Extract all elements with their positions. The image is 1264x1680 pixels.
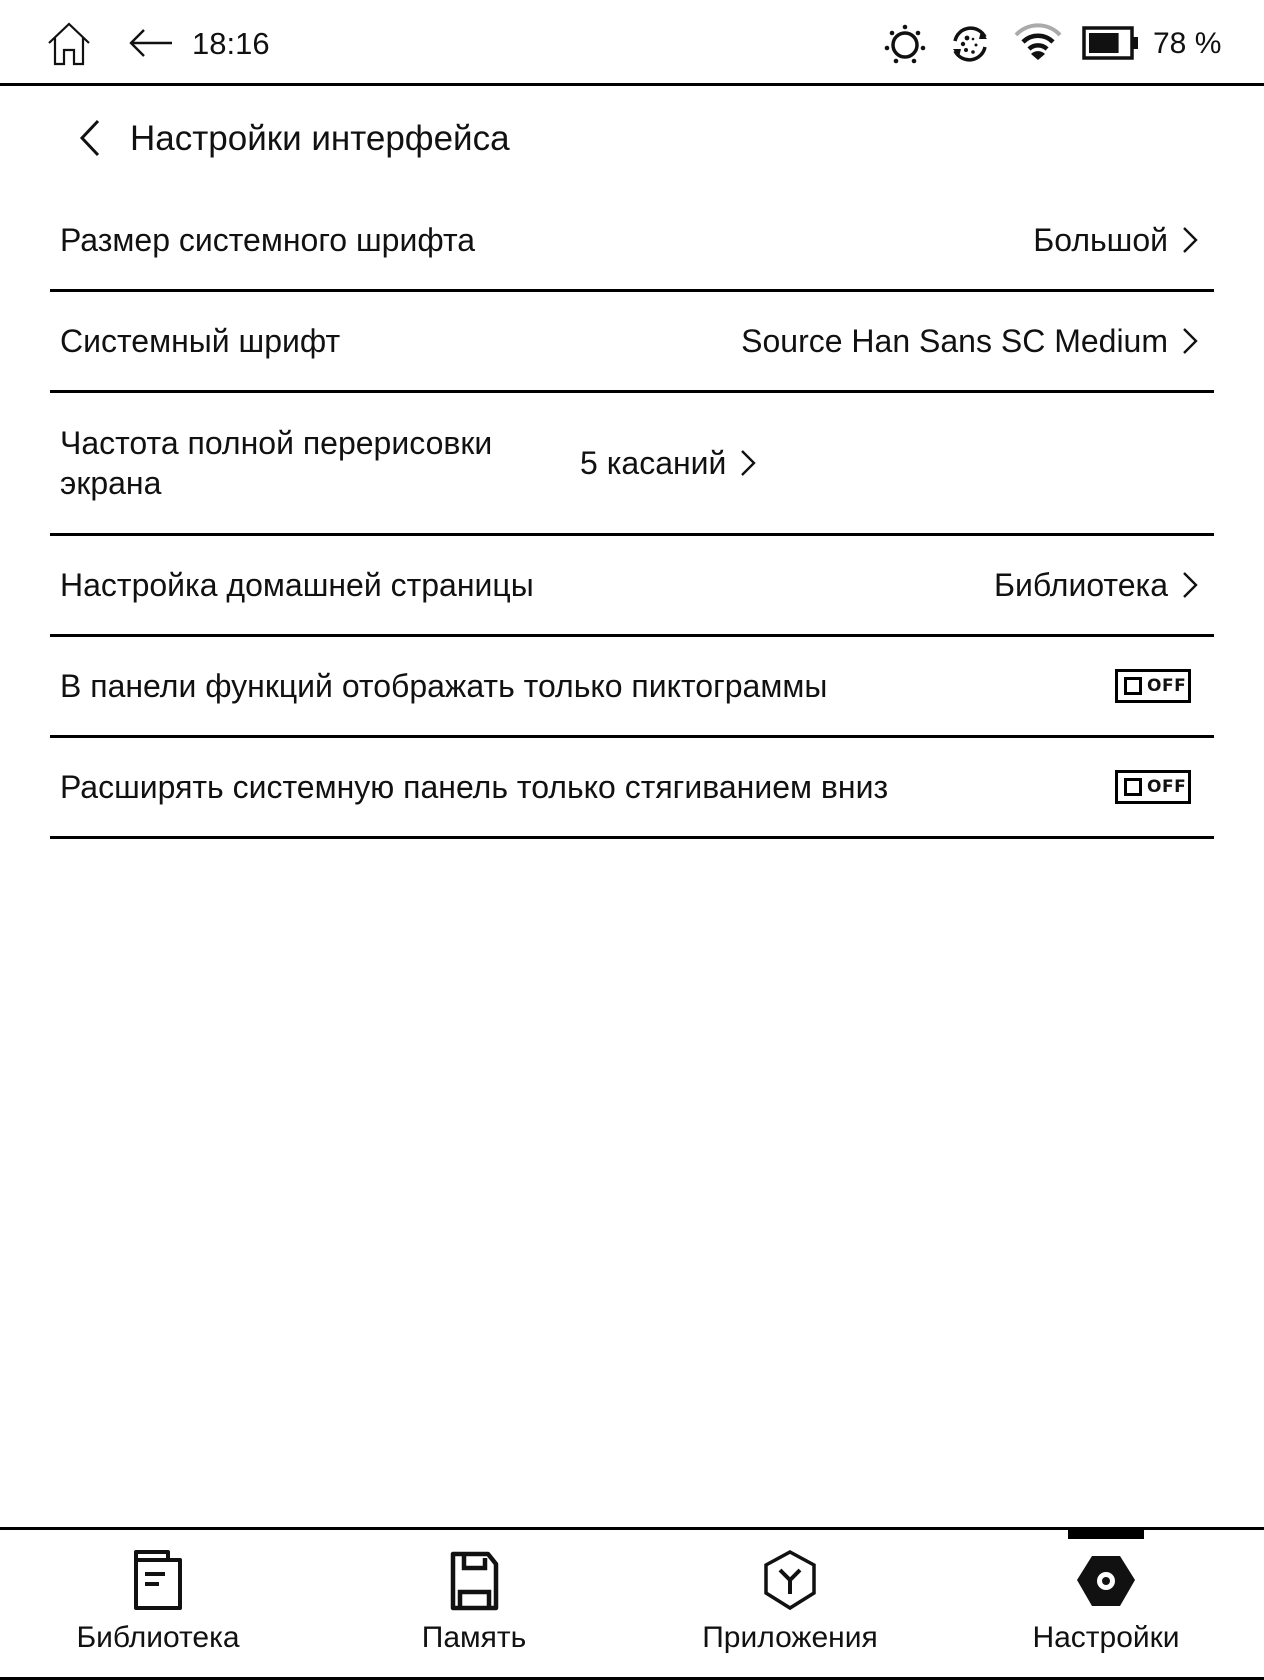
apps-icon <box>760 1548 820 1612</box>
toggle-state: OFF <box>1147 778 1186 796</box>
setting-label: В панели функций отображать только пикто… <box>60 666 1115 706</box>
frontlight-icon[interactable] <box>882 21 928 67</box>
setting-label: Размер системного шрифта <box>60 220 1033 260</box>
setting-label: Расширять системную панель только стягив… <box>60 767 1115 807</box>
setting-toolbar-icons-only[interactable]: В панели функций отображать только пикто… <box>50 637 1214 738</box>
chevron-right-icon <box>740 449 756 477</box>
library-icon <box>128 1548 188 1612</box>
settings-list: Размер системного шрифта Большой Системн… <box>50 191 1214 839</box>
chevron-left-icon[interactable] <box>76 117 104 159</box>
tab-label: Настройки <box>948 1618 1264 1658</box>
setting-home-page[interactable]: Настройка домашней страницы Библиотека <box>50 536 1214 637</box>
toggle-checkbox <box>1124 677 1142 695</box>
setting-system-font[interactable]: Системный шрифт Source Han Sans SC Mediu… <box>50 292 1214 393</box>
tab-label: Память <box>316 1618 632 1658</box>
home-icon[interactable] <box>46 21 92 67</box>
toggle-checkbox <box>1124 778 1142 796</box>
settings-icon <box>1076 1548 1136 1612</box>
setting-value: 5 касаний <box>580 443 726 483</box>
setting-label: Настройка домашней страницы <box>60 565 994 605</box>
clock-time: 18:16 <box>192 24 270 64</box>
setting-full-refresh-frequency[interactable]: Частота полной перерисовки экрана 5 каса… <box>50 393 1214 536</box>
tab-settings[interactable]: Настройки <box>948 1530 1264 1677</box>
tab-storage[interactable]: Память <box>316 1530 632 1677</box>
battery-icon <box>1082 26 1140 60</box>
toggle-state: OFF <box>1147 677 1186 695</box>
tab-library[interactable]: Библиотека <box>0 1530 316 1677</box>
setting-pull-down-system-panel[interactable]: Расширять системную панель только стягив… <box>50 738 1214 839</box>
wifi-icon[interactable] <box>1013 22 1063 62</box>
setting-value: Большой <box>1033 220 1168 260</box>
tab-label: Библиотека <box>0 1618 316 1658</box>
sync-icon[interactable] <box>947 21 993 67</box>
setting-system-font-size[interactable]: Размер системного шрифта Большой <box>50 191 1214 292</box>
status-bar: 18:16 78 % <box>0 0 1264 86</box>
setting-label: Системный шрифт <box>60 321 741 361</box>
chevron-right-icon <box>1182 327 1198 355</box>
page-header: Настройки интерфейса <box>0 89 1264 189</box>
storage-icon <box>444 1548 504 1612</box>
tab-apps[interactable]: Приложения <box>632 1530 948 1677</box>
toggle-switch[interactable]: OFF <box>1115 770 1191 804</box>
back-arrow-icon[interactable] <box>128 26 174 60</box>
bottom-navigation: Библиотека Память Приложения Настройки <box>0 1527 1264 1680</box>
page-title: Настройки интерфейса <box>130 116 510 162</box>
active-tab-indicator <box>1068 1530 1144 1539</box>
setting-value: Source Han Sans SC Medium <box>741 321 1168 361</box>
chevron-right-icon <box>1182 226 1198 254</box>
battery-percentage: 78 % <box>1153 24 1221 64</box>
chevron-right-icon <box>1182 571 1198 599</box>
tab-label: Приложения <box>632 1618 948 1658</box>
setting-label: Частота полной перерисовки экрана <box>60 423 580 503</box>
setting-value: Библиотека <box>994 565 1168 605</box>
toggle-switch[interactable]: OFF <box>1115 669 1191 703</box>
